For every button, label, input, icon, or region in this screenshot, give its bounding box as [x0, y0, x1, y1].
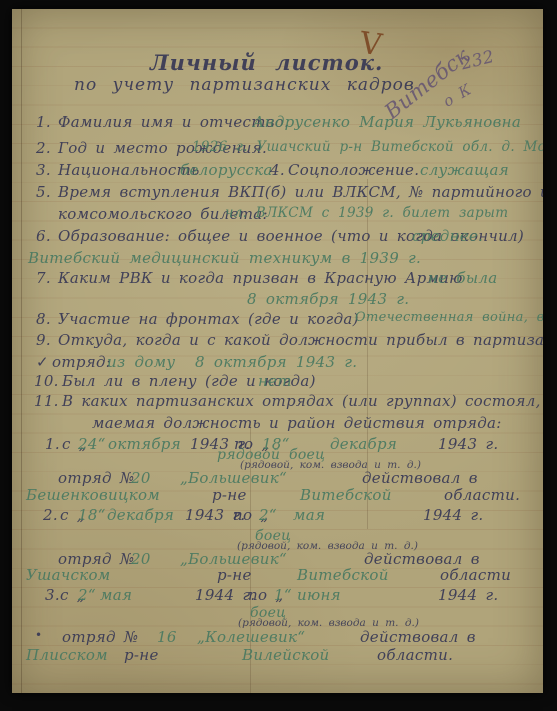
date-to-month: июня [297, 586, 341, 604]
field-number: 7. [36, 269, 51, 287]
region-name: Витебской [300, 486, 392, 504]
field-number: 11. [34, 392, 59, 410]
field-answer: нет [258, 372, 292, 390]
row-number: 2. [43, 506, 58, 524]
field-answer: Витебский медицинский техникум в 1939 г. [28, 249, 421, 267]
field-answer: служащая [420, 161, 509, 179]
unit-label: отряд № [58, 469, 134, 487]
field-party-membership-2: комсомольского билета: чл. ВЛКСМ с 1939 … [12, 205, 543, 225]
field-number: 9. [36, 331, 51, 349]
unit-acted-label: действовал в [362, 469, 478, 487]
date-to-month: мая [293, 506, 325, 524]
unit-name: „Большевик“ [180, 469, 287, 487]
field-birth: 2. Год и место рождения. 1926 г. Ушачски… [12, 139, 543, 159]
date-to-year: 1944 г. [438, 586, 498, 604]
date-from-year: 1944 г. [195, 586, 255, 604]
field-answer: Отечественная война, в партиз. [355, 310, 543, 325]
service-row-2-dates: 2. с „ 18“ декабря 1943 г. по „ 2“ мая 1… [12, 506, 543, 526]
field-detachments-2: маемая должность и район действия отряда… [12, 414, 543, 434]
service-row-3-dates: 3. с „ 2“ мая 1944 г. по „ 1“ июня 1944 … [12, 586, 543, 606]
field-draft-2: 8 октября 1943 г. [12, 290, 543, 310]
field-number: 10. [34, 372, 59, 390]
unit-number: 16 [157, 628, 177, 646]
date-to-day: 1“ [274, 586, 292, 604]
annotation-initials: о К [12, 95, 543, 115]
unit-acted-label: действовал в [360, 628, 476, 646]
field-number: 3. [36, 161, 51, 179]
unit-name: „Колешевик“ [197, 628, 305, 646]
field-answer: Андрусенко Мария Лукьяновна [253, 113, 521, 131]
field-fronts: 8. Участие на фронтах (где и когда) Отеч… [12, 310, 543, 330]
region-name: Вилейской [242, 646, 330, 664]
field-label: Время вступления ВКП(б) или ВЛКСМ, № пар… [58, 183, 543, 201]
form-subtitle-text: по учету партизанских кадров [74, 75, 415, 95]
paper: Личный листок. по учету партизанских кад… [12, 9, 543, 693]
annotation-check: V [12, 27, 543, 47]
field-answer: среднее. [412, 227, 483, 245]
field-label: Участие на фронтах (где и когда) [58, 310, 359, 328]
field-label: Соцположение. [288, 161, 419, 179]
field-captivity: 10. Был ли в плену (где и когда) нет [12, 372, 543, 392]
district-name: Плисском [26, 646, 108, 664]
field-label: Национальность [58, 161, 200, 179]
field-draft: 7. Каким РВК и когда призван в Красную А… [12, 269, 543, 289]
date-from-month: декабря [107, 506, 174, 524]
district-name: Ушачском [26, 566, 111, 584]
field-education-2: Витебский медицинский техникум в 1939 г. [12, 249, 543, 269]
field-answer: чл. ВЛКСМ с 1939 г. билет зарыт [225, 205, 508, 221]
field-answer: не была [428, 269, 498, 287]
field-label: Каким РВК и когда призван в Красную Арми… [58, 269, 463, 287]
district-label: р-не [212, 486, 247, 504]
field-surname: 1. Фамилия имя и отчество. Андрусенко Ма… [12, 113, 543, 133]
field-answer: 8 октября 1943 г. [247, 290, 409, 308]
field-number: 1. [36, 113, 51, 131]
bullet-icon: • [35, 628, 42, 642]
service-row-3-area: Плисском р-не Вилейской области. [12, 646, 543, 666]
service-row-3-unit: • отряд № 16 „Колешевик“ действовал в [12, 628, 543, 648]
unit-number: 20 [131, 469, 151, 487]
field-number: 5. [36, 183, 51, 201]
field-label: маемая должность и район действия отряда… [92, 414, 502, 432]
scan-background: Личный листок. по учету партизанских кад… [0, 0, 557, 711]
field-party-membership: 5. Время вступления ВКП(б) или ВЛКСМ, № … [12, 183, 543, 203]
date-from-day: 18“ [78, 506, 106, 524]
date-to-year: 1944 г. [423, 506, 483, 524]
field-number: 2. [36, 139, 51, 157]
district-label: р-не [124, 646, 159, 664]
service-row-1-area: Бешенковицком р-не Витебской области. [12, 486, 543, 506]
field-number: 8. [36, 310, 51, 328]
field-answer: 1926 г. Ушачский р-н Витебской обл. д. М… [192, 139, 543, 155]
annotation-number: 232 [12, 55, 543, 75]
field-answer: белорусска [180, 161, 273, 179]
field-number: 6. [36, 227, 51, 245]
region-label: области. [377, 646, 453, 664]
check-icon: ✓ [36, 353, 49, 371]
field-answer: 8 октября 1943 г. [195, 353, 357, 371]
date-from-day: 2“ [78, 586, 96, 604]
field-detachments: 11. В каких партизанских отрядах (или гр… [12, 392, 543, 412]
field-arrival-2: ✓ отряд: из дому 8 октября 1943 г. [12, 353, 543, 373]
field-education: 6. Образование: общее и военное (что и к… [12, 227, 543, 247]
field-label: В каких партизанских отрядах (или группа… [62, 392, 543, 410]
unit-label: отряд № [62, 628, 138, 646]
field-number: 4. [270, 161, 285, 179]
field-arrival: 9. Откуда, когда и с какой должности при… [12, 331, 543, 351]
region-name: Витебской [297, 566, 389, 584]
row-number: 3. [45, 586, 60, 604]
field-nationality: 3. Национальность белорусска 4. Соцполож… [12, 161, 543, 181]
field-label: Откуда, когда и с какой должности прибыл… [58, 331, 543, 349]
region-label: области. [444, 486, 520, 504]
region-label: области [440, 566, 511, 584]
service-row-2-area: Ушачском р-не Витебской области [12, 566, 543, 586]
district-label: р-не [217, 566, 252, 584]
field-label: отряд: [52, 353, 111, 371]
field-answer: из дому [107, 353, 175, 371]
date-to-day: 2“ [259, 506, 277, 524]
district-name: Бешенковицком [26, 486, 160, 504]
date-from-month: мая [100, 586, 132, 604]
